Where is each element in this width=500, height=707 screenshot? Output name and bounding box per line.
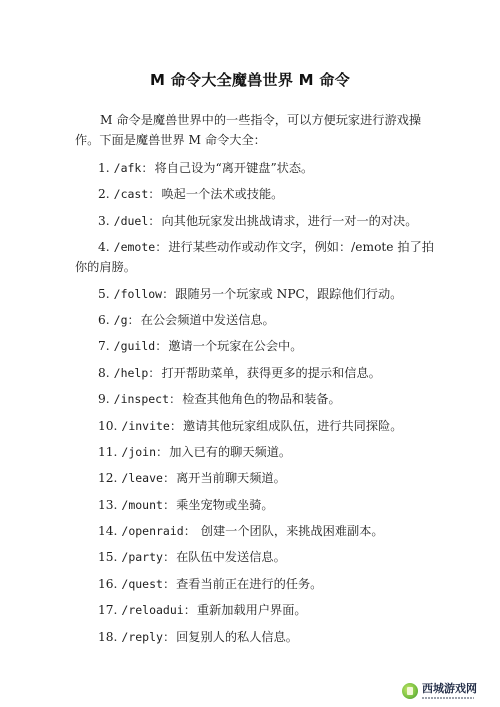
list-item: 8./help：打开帮助菜单，获得更多的提示和信息。 (75, 363, 435, 383)
list-item: 6./g：在公会频道中发送信息。 (75, 310, 435, 330)
item-number: 7. (98, 339, 110, 353)
item-number: 10. (98, 419, 117, 433)
separator: ： (170, 419, 182, 433)
separator: ： (163, 471, 175, 485)
list-item: 5./follow：跟随另一个玩家或 NPC，跟踪他们行动。 (75, 284, 435, 304)
separator: ： (163, 498, 175, 512)
command-description: 查看当前正在进行的任务。 (176, 577, 322, 591)
item-number: 14. (98, 524, 117, 538)
page-title: M 命令大全魔兽世界 M 命令 (0, 70, 500, 90)
list-item: 14./openraid： 创建一个团队，来挑战困难副本。 (75, 521, 435, 541)
watermark-subline (422, 697, 474, 699)
item-number: 13. (98, 498, 117, 512)
command-name: /leave (121, 471, 163, 485)
command-name: /duel (114, 214, 149, 228)
list-item: 7./guild：邀请一个玩家在公会中。 (75, 336, 435, 356)
item-number: 5. (98, 287, 110, 301)
list-item: 3./duel：向其他玩家发出挑战请求，进行一对一的对决。 (75, 211, 435, 231)
command-list: 1./afk：将自己设为“离开键盘”状态。 2./cast：唤起一个法术或技能。… (75, 158, 435, 653)
item-number: 2. (98, 187, 110, 201)
item-number: 4. (98, 240, 110, 254)
separator: ： (163, 577, 175, 591)
list-item: 13./mount：乘坐宠物或坐骑。 (75, 495, 435, 515)
list-item: 15./party：在队伍中发送信息。 (75, 547, 435, 567)
separator: ： (162, 287, 174, 301)
item-number: 9. (98, 392, 110, 406)
command-name: /party (121, 550, 163, 564)
item-number: 15. (98, 550, 117, 564)
command-description: 向其他玩家发出挑战请求，进行一对一的对决。 (161, 214, 417, 228)
separator: ： (155, 339, 167, 353)
site-watermark: 西城游戏网 (398, 675, 500, 707)
list-item: 10./invite：邀请其他玩家组成队伍，进行共同探险。 (75, 416, 435, 436)
command-description: 检查其他角色的物品和装备。 (182, 392, 340, 406)
list-item: 9./inspect：检查其他角色的物品和装备。 (75, 389, 435, 409)
command-name: /emote (114, 240, 156, 254)
command-name: /mount (121, 498, 163, 512)
separator: ： (169, 392, 181, 406)
list-item: 17./reloadui：重新加载用户界面。 (75, 600, 435, 620)
item-number: 3. (98, 214, 110, 228)
separator: ： (184, 524, 196, 538)
list-item: 1./afk：将自己设为“离开键盘”状态。 (75, 158, 435, 178)
separator: ： (184, 603, 196, 617)
separator: ： (141, 161, 153, 175)
list-item: 11./join：加入已有的聊天频道。 (75, 442, 435, 462)
item-number: 1. (98, 161, 110, 175)
command-name: /help (114, 366, 149, 380)
intro-paragraph: M 命令是魔兽世界中的一些指令，可以方便玩家进行游戏操作。下面是魔兽世界 M 命… (75, 110, 435, 150)
command-description: 重新加载用户界面。 (197, 603, 307, 617)
command-name: /reply (121, 630, 163, 644)
item-number: 18. (98, 630, 117, 644)
list-item: 12./leave：离开当前聊天频道。 (75, 468, 435, 488)
command-description: 邀请一个玩家在公会中。 (168, 339, 302, 353)
leaf-logo-icon (402, 683, 418, 699)
command-name: /cast (114, 187, 149, 201)
list-item: 2./cast：唤起一个法术或技能。 (75, 184, 435, 204)
command-description: 跟随另一个玩家或 NPC，跟踪他们行动。 (175, 287, 402, 301)
item-number: 8. (98, 366, 110, 380)
separator: ： (156, 445, 168, 459)
command-name: /guild (114, 339, 156, 353)
separator: ： (155, 240, 167, 254)
separator: ： (163, 630, 175, 644)
watermark-text-group: 西城游戏网 (422, 683, 477, 699)
command-description: 离开当前聊天频道。 (176, 471, 286, 485)
command-name: /reloadui (121, 603, 183, 617)
command-name: /quest (121, 577, 163, 591)
command-description: 加入已有的聊天频道。 (169, 445, 291, 459)
command-description: 唤起一个法术或技能。 (161, 187, 283, 201)
separator: ： (128, 313, 140, 327)
separator: ： (148, 187, 160, 201)
command-name: /invite (121, 419, 169, 433)
command-name: /g (114, 313, 128, 327)
watermark-text: 西城游戏网 (422, 683, 477, 695)
list-item: 18./reply：回复别人的私人信息。 (75, 627, 435, 647)
item-number: 6. (98, 313, 110, 327)
command-description: 在公会频道中发送信息。 (141, 313, 275, 327)
command-description: 回复别人的私人信息。 (176, 630, 298, 644)
command-description: 将自己设为“离开键盘”状态。 (155, 161, 314, 175)
item-number: 12. (98, 471, 117, 485)
list-item: 16./quest：查看当前正在进行的任务。 (75, 574, 435, 594)
command-description: 创建一个团队，来挑战困难副本。 (197, 524, 384, 538)
item-number: 16. (98, 577, 117, 591)
command-name: /openraid (121, 524, 183, 538)
separator: ： (148, 214, 160, 228)
item-number: 17. (98, 603, 117, 617)
command-description: 打开帮助菜单，获得更多的提示和信息。 (161, 366, 380, 380)
command-name: /join (121, 445, 156, 459)
item-number: 11. (98, 445, 117, 459)
command-description: 在队伍中发送信息。 (176, 550, 286, 564)
command-name: /inspect (114, 392, 169, 406)
command-description: 乘坐宠物或坐骑。 (176, 498, 274, 512)
separator: ： (163, 550, 175, 564)
command-name: /follow (114, 287, 162, 301)
document-page: M 命令大全魔兽世界 M 命令 M 命令是魔兽世界中的一些指令，可以方便玩家进行… (0, 0, 500, 707)
command-description: 邀请其他玩家组成队伍，进行共同探险。 (183, 419, 402, 433)
command-name: /afk (114, 161, 142, 175)
list-item: 4./emote：进行某些动作或动作文字，例如：/emote 拍了拍你的肩膀。 (75, 237, 435, 277)
separator: ： (148, 366, 160, 380)
